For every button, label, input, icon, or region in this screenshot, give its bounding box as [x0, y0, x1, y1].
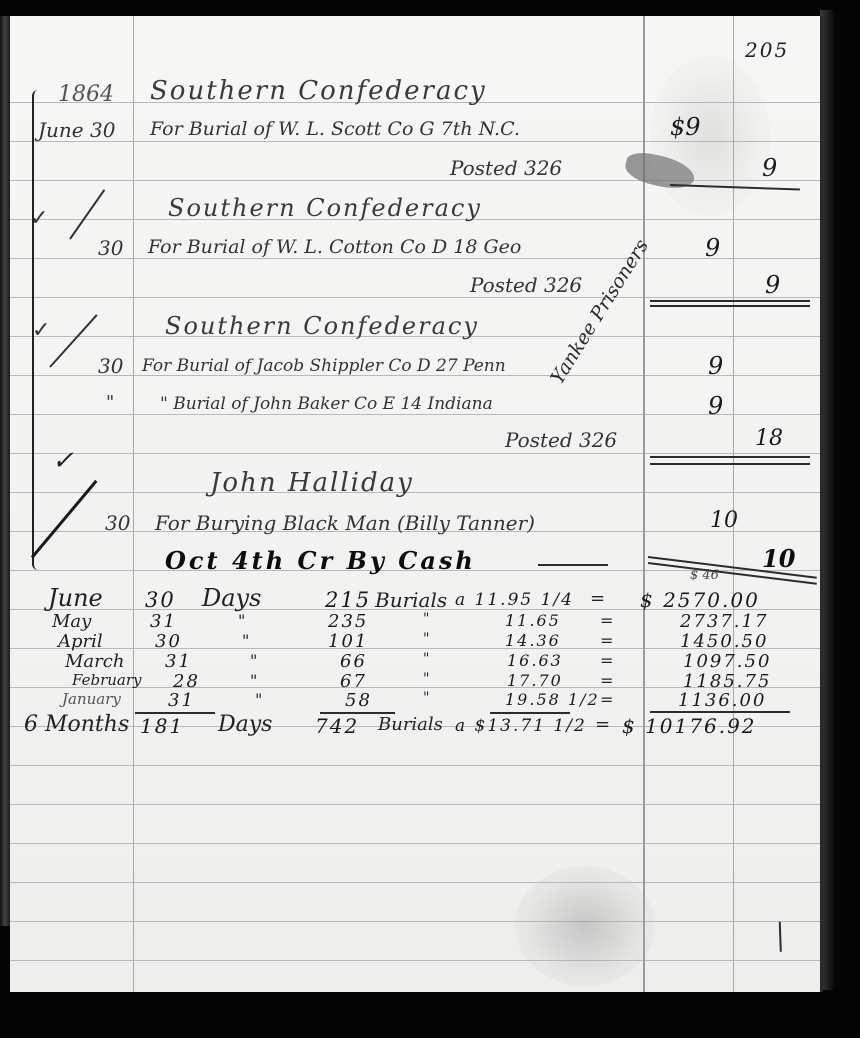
summary-month: June	[48, 584, 103, 612]
ruling-line	[10, 492, 820, 493]
summary-days-label: "	[250, 651, 257, 670]
summary-burials: 235	[328, 611, 368, 632]
equals-mark: =	[595, 714, 610, 735]
page-number: 205	[745, 38, 789, 62]
summary-burials-label: "	[423, 611, 429, 627]
entry-2-date: 30	[98, 236, 123, 260]
equals-mark: =	[600, 611, 613, 630]
rule-off-line	[650, 300, 810, 302]
check-mark-icon: ✓	[30, 206, 48, 231]
ruling-line	[10, 960, 820, 961]
entry-3-line-1-amount: 9	[708, 352, 723, 380]
summary-days-label: Days	[202, 584, 261, 612]
posted-slash-mark	[69, 189, 105, 239]
summary-burials-label: "	[423, 671, 429, 687]
rule-off-line	[650, 456, 810, 458]
summary-total: 1450.50	[680, 631, 768, 652]
book-spine	[0, 16, 10, 926]
summary-burials-label: "	[423, 631, 429, 647]
entry-3-line-2-date: "	[106, 392, 114, 413]
entry-3-line-2-description: " Burial of John Baker Co E 14 Indiana	[160, 394, 493, 414]
summary-rate: 11.65	[505, 611, 561, 630]
entry-3-total: 18	[755, 426, 783, 451]
entry-3-account: Southern Confederacy	[165, 312, 479, 340]
summary-month: 6 Months	[24, 712, 129, 737]
entry-3-line-2-amount: 9	[708, 392, 723, 420]
entry-4-amount: 10	[710, 508, 738, 533]
summary-burials: 742	[315, 714, 359, 738]
entry-1-description: For Burial of W. L. Scott Co G 7th N.C.	[150, 118, 520, 140]
ruling-line	[10, 843, 820, 844]
entry-4-date: 30	[105, 511, 130, 535]
summary-total: $ 10176.92	[622, 714, 757, 738]
sum-underline	[490, 712, 570, 714]
water-stain	[515, 866, 655, 986]
check-mark-icon: ✓	[32, 318, 50, 343]
entry-4-total: 10	[762, 544, 795, 573]
sum-underline	[650, 711, 790, 713]
summary-days: 31	[150, 611, 177, 632]
equals-mark: =	[590, 588, 605, 609]
ruling-line	[10, 882, 820, 883]
entry-1-account: Southern Confederacy	[150, 76, 487, 106]
ruling-line	[10, 414, 820, 415]
entry-4-description: For Burying Black Man (Billy Tanner)	[155, 511, 535, 535]
ruling-line	[10, 297, 820, 298]
entry-2-amount: 9	[705, 234, 720, 262]
equals-mark: =	[600, 631, 613, 650]
summary-header-note: $ 46	[690, 568, 719, 583]
entry-2-posted: Posted 326	[470, 273, 582, 297]
summary-burials: 101	[328, 631, 368, 652]
summary-burials: 215	[325, 588, 371, 612]
dash-line	[538, 564, 608, 566]
summary-days-label: "	[238, 611, 245, 630]
entry-1-amount: $9	[670, 113, 701, 141]
summary-days: 28	[173, 671, 200, 692]
equals-mark: =	[600, 671, 613, 690]
water-stain	[650, 56, 770, 216]
summary-days-label: "	[255, 690, 262, 709]
rule-off-line	[650, 463, 810, 465]
summary-total: 1185.75	[683, 671, 771, 692]
entry-3-line-1-date: 30	[98, 354, 123, 378]
summary-burials-label: "	[423, 690, 429, 706]
entry-1-date: June 30	[38, 118, 115, 142]
summary-days: 181	[140, 714, 184, 738]
date-column-rule	[133, 16, 134, 992]
summary-month: April	[58, 631, 103, 652]
summary-rate: 16.63	[507, 651, 563, 670]
summary-burials-label: "	[423, 651, 429, 667]
summary-burials-label: Burials	[375, 588, 447, 612]
summary-burials: 67	[340, 671, 367, 692]
check-mark-icon: ✓	[52, 446, 74, 476]
ledger-page: 205 1864 Southern Confederacy June 30 Fo…	[10, 16, 823, 992]
summary-days-label: Days	[218, 712, 272, 737]
summary-days: 30	[155, 631, 182, 652]
summary-days-label: "	[242, 631, 249, 650]
posted-slash-mark	[49, 314, 97, 367]
equals-mark: =	[600, 651, 613, 670]
summary-total: $ 2570.00	[640, 588, 760, 612]
summary-month: March	[65, 651, 124, 672]
ruling-line	[10, 921, 820, 922]
ruling-line	[10, 804, 820, 805]
summary-rate: a 11.95 1/4	[455, 590, 574, 610]
entry-2-description: For Burial of W. L. Cotton Co D 18 Geo	[148, 236, 521, 258]
entry-3-posted: Posted 326	[505, 428, 617, 452]
ruling-line	[10, 258, 820, 259]
year: 1864	[58, 82, 114, 107]
summary-total: 1136.00	[678, 690, 766, 711]
entry-4-settlement: Oct 4th Cr By Cash	[165, 546, 476, 575]
ruling-line	[10, 453, 820, 454]
summary-rate: 17.70	[507, 671, 563, 690]
summary-rate: a $13.71 1/2	[455, 716, 587, 736]
summary-burials: 66	[340, 651, 367, 672]
summary-total: 2737.17	[680, 611, 768, 632]
ruling-line	[10, 765, 820, 766]
summary-rate: 19.58 1/2	[505, 690, 600, 709]
entry-3-line-1-description: For Burial of Jacob Shippler Co D 27 Pen…	[142, 356, 506, 376]
entry-1-posted: Posted 326	[450, 156, 562, 180]
summary-rate: 14.36	[505, 631, 561, 650]
summary-days: 31	[165, 651, 192, 672]
summary-burials: 58	[345, 690, 372, 711]
summary-days: 30	[145, 588, 176, 612]
entry-4-account: John Halliday	[210, 468, 414, 498]
equals-mark: =	[600, 690, 613, 709]
rule-off-line	[650, 305, 810, 307]
summary-days: 31	[168, 690, 195, 711]
summary-month: May	[52, 611, 91, 632]
summary-month: February	[72, 671, 142, 689]
pencil-mark	[779, 922, 782, 952]
summary-burials-label: Burials	[378, 714, 443, 735]
summary-month: January	[62, 690, 121, 708]
entry-2-total: 9	[765, 271, 780, 299]
entry-1-total: 9	[762, 154, 777, 182]
summary-days-label: "	[250, 671, 257, 690]
entry-2-account: Southern Confederacy	[168, 194, 482, 222]
summary-total: 1097.50	[683, 651, 771, 672]
